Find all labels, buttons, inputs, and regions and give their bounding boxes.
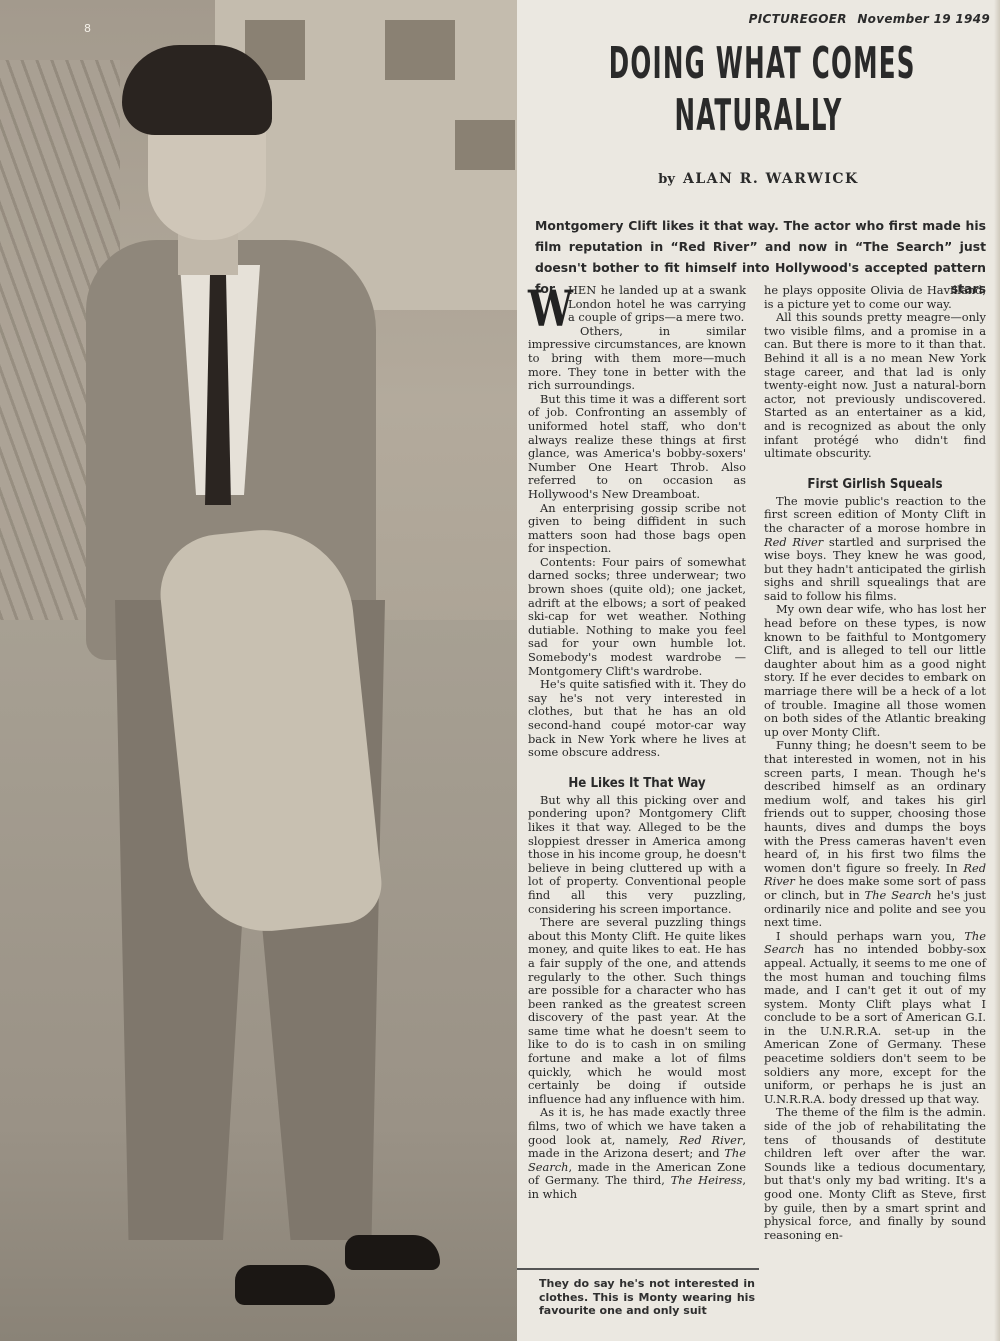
paragraph: Contents: Four pairs of somewhat darned …: [528, 556, 746, 678]
paragraph: All this sounds pretty meagre—only two v…: [764, 311, 986, 461]
article-column-2: he plays opposite Olivia de Havilland, i…: [764, 284, 986, 1242]
subheading: He Likes It That Way: [541, 774, 733, 792]
paragraph: he plays opposite Olivia de Havilland, i…: [764, 284, 986, 311]
headline-line: NATURALLY: [609, 90, 908, 142]
photograph-montgomery-clift: 8: [0, 0, 517, 1341]
paragraph: But why all this picking over and ponder…: [528, 794, 746, 916]
figure-shoe: [345, 1235, 440, 1270]
building-window: [455, 120, 515, 170]
paragraph: My own dear wife, who has lost her head …: [764, 603, 986, 739]
article-column-1: WHEN he landed up at a swank London hote…: [528, 284, 746, 1202]
author-name: ALAN R. WARWICK: [683, 171, 859, 187]
page-edge-shadow: [994, 0, 1000, 1341]
paragraph: But this time it was a different sort of…: [528, 393, 746, 502]
paragraph: He's quite satisfied with it. They do sa…: [528, 678, 746, 760]
publication-name: PICTUREGOER: [749, 12, 847, 26]
film-title: Red River: [764, 535, 823, 549]
running-head: PICTUREGOER November 19 1949: [749, 12, 990, 26]
drop-cap: W: [528, 287, 555, 331]
film-title: The Heiress: [671, 1173, 743, 1187]
paragraph: The movie public's reaction to the first…: [764, 495, 986, 604]
headline: DOING WHAT COMES NATURALLY: [609, 38, 908, 142]
page-number: 8: [84, 22, 91, 35]
byline-prefix: by: [658, 172, 675, 187]
byline: byALAN R. WARWICK: [517, 171, 1000, 187]
paragraph: The theme of the film is the admin. side…: [764, 1106, 986, 1242]
paragraph: An enterprising gossip scribe not given …: [528, 502, 746, 556]
paragraph: There are several puzzling things about …: [528, 916, 746, 1106]
figure-hair: [122, 45, 272, 135]
paragraph: As it is, he has made exactly three film…: [528, 1106, 746, 1201]
paragraph: I should perhaps warn you, The Search ha…: [764, 930, 986, 1107]
paragraph: WHEN he landed up at a swank London hote…: [528, 284, 746, 325]
film-title: The Search: [865, 888, 932, 902]
building-window: [385, 20, 455, 80]
figure-shoe: [235, 1265, 335, 1305]
film-title: Red River: [679, 1133, 742, 1147]
photo-caption: They do say he's not interested in cloth…: [539, 1277, 755, 1318]
issue-date: November 19 1949: [857, 12, 990, 26]
headline-line: DOING WHAT COMES: [609, 38, 908, 90]
subheading: First Girlish Squeals: [777, 475, 972, 493]
paragraph: Funny thing; he doesn't seem to be that …: [764, 739, 986, 929]
article-page: PICTUREGOER November 19 1949 DOING WHAT …: [517, 0, 1000, 1341]
caption-rule: [517, 1268, 759, 1270]
